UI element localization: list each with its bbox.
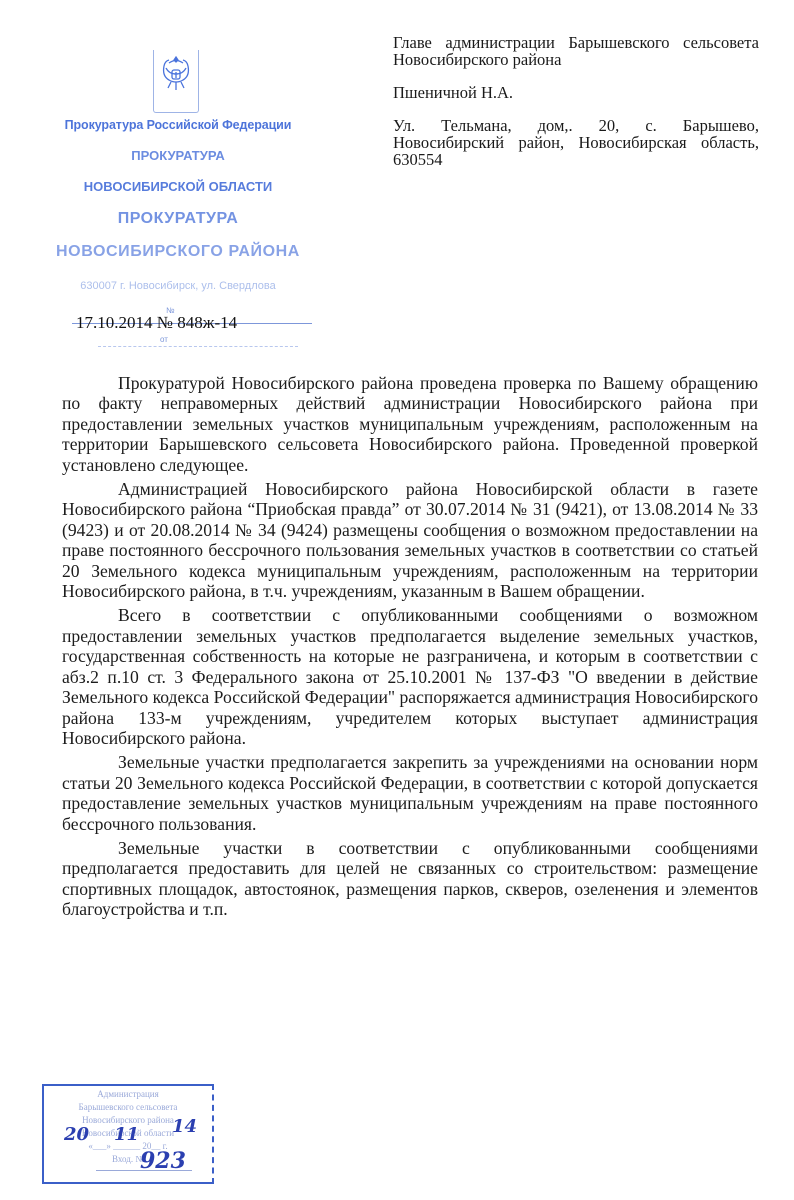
paragraph-legal-basis: Земельные участки предполагается закрепи…: [62, 752, 758, 834]
paragraph-newspaper-publications: Администрацией Новосибирского района Нов…: [62, 479, 758, 601]
stamp-line-prosecutor: ПРОКУРАТУРА: [28, 148, 328, 163]
in-stamp-line-6: Вход. №: [44, 1153, 212, 1166]
handwritten-incoming-number: 923: [140, 1148, 186, 1174]
stamp-ot-label: от: [160, 335, 168, 344]
stamp-line-federation: Прокуратура Российской Федерации: [28, 118, 328, 132]
recipient-title: Главе администрации Барышевского сельсов…: [393, 34, 759, 68]
stamp-date-line: [98, 346, 298, 347]
in-stamp-line-2: Барышевского сельсовета: [44, 1101, 212, 1114]
recipient-address: Ул. Тельмана, дом,. 20, с. Барышево, Нов…: [393, 117, 759, 168]
paragraph-land-purpose: Земельные участки в соответствии с опубл…: [62, 838, 758, 920]
stamp-line-oblast: НОВОСИБИРСКОЙ ОБЛАСТИ: [28, 179, 328, 194]
stamp-line-prosecutor-2: ПРОКУРАТУРА: [28, 210, 328, 228]
handwritten-day: 20: [64, 1124, 89, 1145]
letter-body: Прокуратурой Новосибирского района прове…: [62, 373, 758, 924]
addressee-block: Главе администрации Барышевского сельсов…: [393, 34, 759, 184]
handwritten-month: 11: [114, 1124, 139, 1145]
outgoing-reference-number: 17.10.2014 № 848ж-14: [76, 313, 237, 333]
paragraph-allocation-total: Всего в соответствии с опубликованными с…: [62, 605, 758, 748]
stamp-line-district: НОВОСИБИРСКОГО РАЙОНА: [28, 243, 328, 261]
recipient-name: Пшеничной Н.А.: [393, 84, 759, 101]
in-stamp-line-1: Администрация: [44, 1088, 212, 1101]
emblem-frame: [153, 50, 199, 113]
russian-coat-of-arms-icon: [160, 54, 192, 96]
stamp-line-address: 630007 г. Новосибирск, ул. Свердлова: [28, 280, 328, 292]
paragraph-inspection-intro: Прокуратурой Новосибирского района прове…: [62, 373, 758, 475]
handwritten-year: 14: [172, 1116, 197, 1137]
